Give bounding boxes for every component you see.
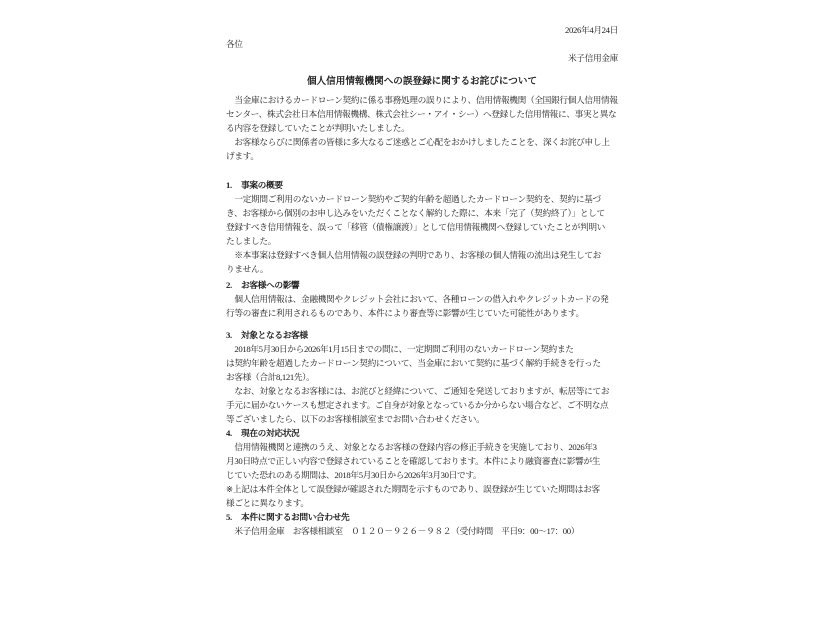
document-sheet: 2026年4月24日 各位 米子信用金庫 個人信用情報機関への誤登録に関するお詫… — [226, 23, 618, 538]
section-title: 本件に関するお問い合わせ先 — [241, 510, 349, 524]
section-number: 4. — [226, 426, 241, 440]
section-body: 信用情報機関と連携のうえ、対象となるお客様の登録内容の修正手続きを実施しており、… — [226, 440, 618, 510]
sender-name: 米子信用金庫 — [226, 51, 618, 65]
section-body: 一定期間ご利用のないカードローン契約やご契約年齢を超過したカードローン契約を、契… — [226, 192, 618, 276]
document-title: 個人信用情報機関への誤登録に関するお詫びについて — [226, 75, 618, 89]
addressee: 各位 — [226, 37, 618, 51]
document-page: 2026年4月24日 各位 米子信用金庫 個人信用情報機関への誤登録に関するお詫… — [0, 0, 826, 620]
section-heading-row: 1. 事案の概要 — [226, 178, 618, 192]
section-case-summary: 1. 事案の概要 一定期間ご利用のないカードローン契約やご契約年齢を超過したカー… — [226, 178, 618, 276]
issue-date: 2026年4月24日 — [226, 23, 618, 37]
section-title: 現在の対応状況 — [241, 426, 299, 440]
section-heading-row: 5. 本件に関するお問い合わせ先 — [226, 510, 618, 524]
section-title: 対象となるお客様 — [241, 328, 308, 342]
section-number: 3. — [226, 328, 241, 342]
section-customer-impact: 2. お客様への影響 個人信用情報は、金融機関やクレジット会社において、各種ロー… — [226, 278, 618, 320]
section-body: 個人信用情報は、金融機関やクレジット会社において、各種ローンの借入れやクレジット… — [226, 292, 618, 320]
section-current-response: 4. 現在の対応状況 信用情報機関と連携のうえ、対象となるお客様の登録内容の修正… — [226, 426, 618, 510]
section-heading-row: 3. 対象となるお客様 — [226, 328, 618, 342]
section-body: 2018年5月30日から2026年1月15日までの間に、一定期間ご利用のないカー… — [226, 342, 618, 426]
section-affected-customers: 3. 対象となるお客様 2018年5月30日から2026年1月15日までの間に、… — [226, 328, 618, 426]
section-title: お客様への影響 — [241, 278, 299, 292]
section-number: 2. — [226, 278, 241, 292]
section-contact: 5. 本件に関するお問い合わせ先 米子信用金庫 お客様相談室 ０１２０－９２６－… — [226, 510, 618, 538]
contact-line: 米子信用金庫 お客様相談室 ０１２０－９２６－９８２（受付時間 平日9：00～1… — [226, 524, 618, 538]
section-heading-row: 4. 現在の対応状況 — [226, 426, 618, 440]
section-title: 事案の概要 — [241, 178, 283, 192]
section-heading-row: 2. お客様への影響 — [226, 278, 618, 292]
section-number: 5. — [226, 510, 241, 524]
intro-paragraph: 当金庫におけるカードローン契約に係る事務処理の誤りにより、信用情報機関（全国銀行… — [226, 93, 618, 163]
section-number: 1. — [226, 178, 241, 192]
